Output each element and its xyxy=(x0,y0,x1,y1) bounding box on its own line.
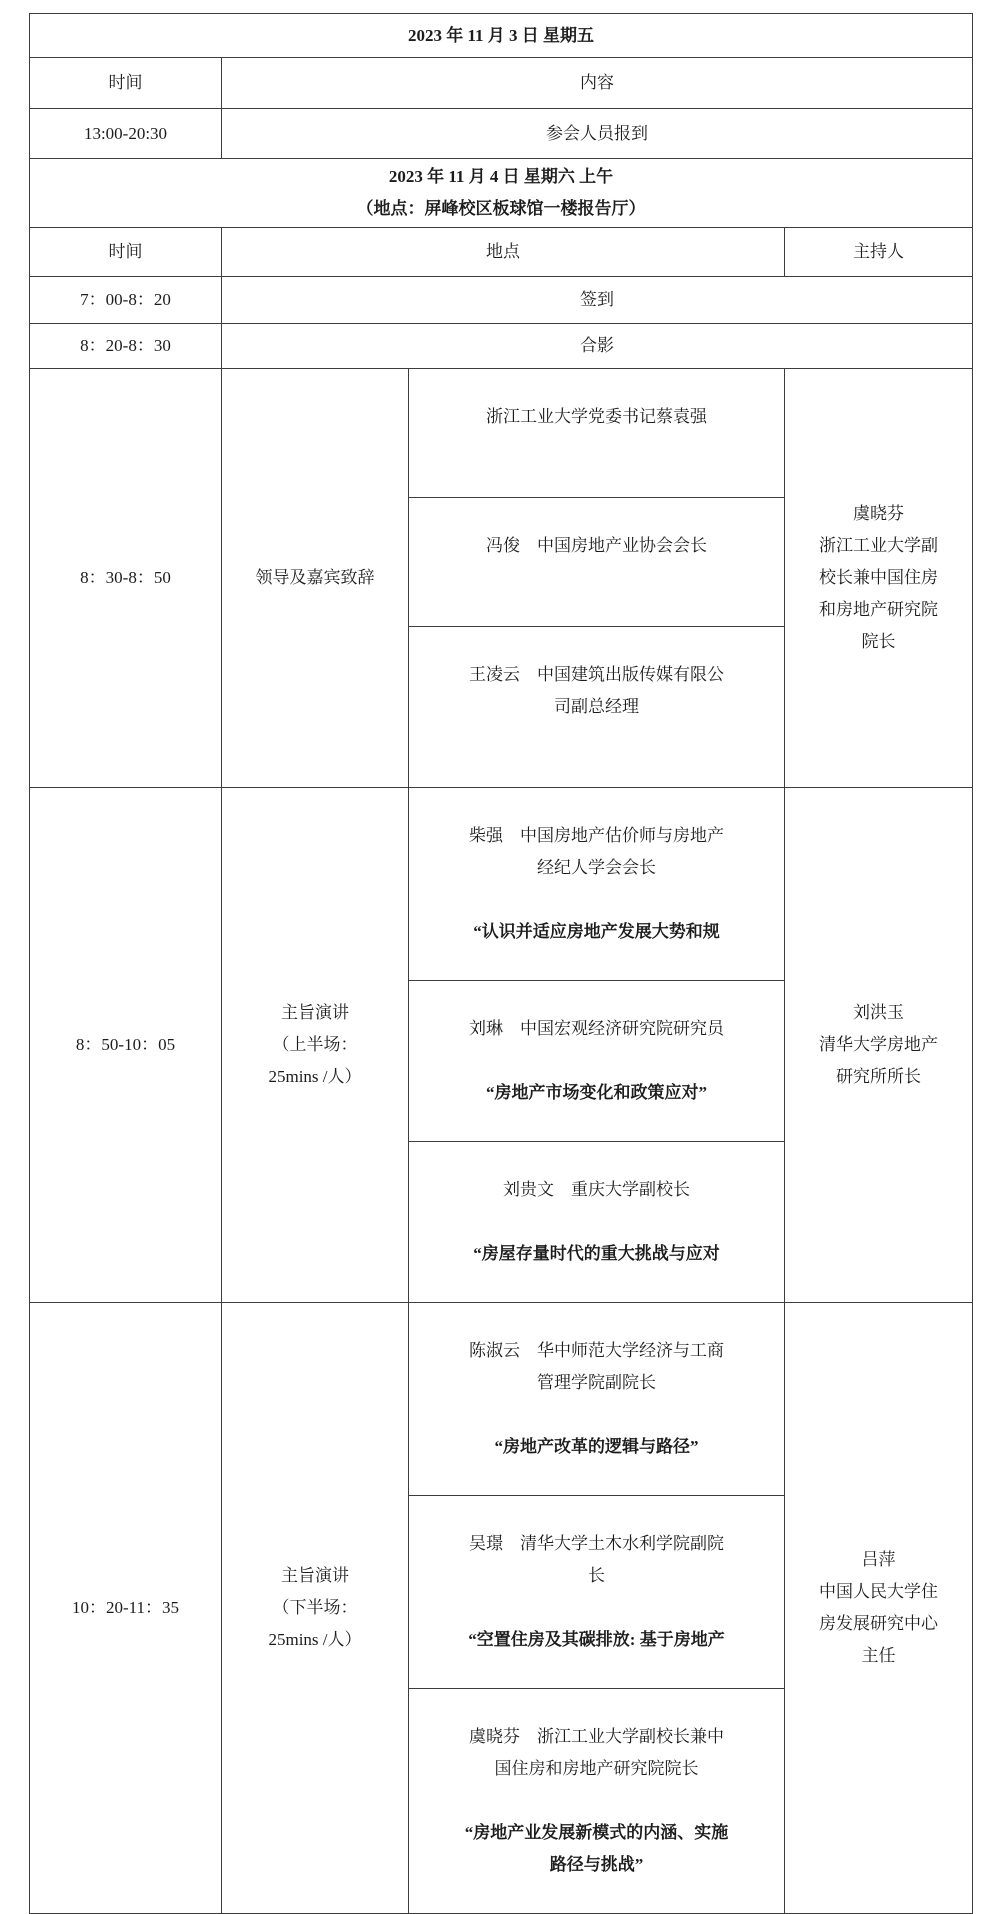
day2-date-line1: 2023 年 11 月 4 日 星期六 上午 xyxy=(389,167,613,186)
session2-speaker1: 柴强 中国房地产估价师与房地产 经纪人学会会长 “认识并适应房地产发展大势和规 xyxy=(409,788,785,981)
session2-moderator: 刘洪玉 清华大学房地产 研究所所长 xyxy=(785,788,973,1303)
day1-header-row: 时间 内容 xyxy=(30,58,973,109)
day1-date-row: 2023 年 11 月 3 日 星期五 xyxy=(30,14,973,58)
speaker-lines: 冯俊 中国房地产业协会会长 xyxy=(411,530,782,562)
photo-time: 8：20-8：30 xyxy=(30,324,222,369)
photo-content: 合影 xyxy=(222,324,973,369)
session3-time: 10：20-11：35 xyxy=(30,1303,222,1914)
speaker-lines: 刘琳 中国宏观经济研究院研究员 xyxy=(411,1013,782,1045)
speaker-lines: 陈淑云 华中师范大学经济与工商 管理学院副院长 xyxy=(411,1335,782,1399)
session2-row1: 8：50-10：05 主旨演讲 （上半场： 25mins /人） 柴强 中国房地… xyxy=(30,788,973,981)
speaker-lines: 吴璟 清华大学土木水利学院副院 长 xyxy=(411,1528,782,1592)
talk-title-lines: “房地产改革的逻辑与路径” xyxy=(411,1431,782,1463)
registration-time: 13:00-20:30 xyxy=(30,109,222,159)
session1-time: 8：30-8：50 xyxy=(30,369,222,788)
row-photo: 8：20-8：30 合影 xyxy=(30,324,973,369)
session3-category: 主旨演讲 （下半场： 25mins /人） xyxy=(222,1303,409,1914)
day2-date-row: 2023 年 11 月 4 日 星期六 上午（地点：屏峰校区板球馆一楼报告厅） xyxy=(30,159,973,228)
speaker-lines: 刘贵文 重庆大学副校长 xyxy=(411,1174,782,1206)
session1-speaker1: 浙江工业大学党委书记蔡袁强 xyxy=(409,369,785,498)
talk-title-lines: “认识并适应房地产发展大势和规 xyxy=(411,916,782,948)
speaker-lines: 浙江工业大学党委书记蔡袁强 xyxy=(411,401,782,433)
talk-title-lines: “空置住房及其碳排放: 基于房地产 xyxy=(411,1624,782,1656)
session3-speaker1: 陈淑云 华中师范大学经济与工商 管理学院副院长 “房地产改革的逻辑与路径” xyxy=(409,1303,785,1496)
day1-header-time: 时间 xyxy=(30,58,222,109)
session1-moderator: 虞晓芬 浙江工业大学副 校长兼中国住房 和房地产研究院 院长 xyxy=(785,369,973,788)
talk-title-lines: “房地产市场变化和政策应对” xyxy=(411,1077,782,1109)
day1-date-title: 2023 年 11 月 3 日 星期五 xyxy=(30,14,973,58)
session1-speaker2: 冯俊 中国房地产业协会会长 xyxy=(409,498,785,627)
signin-content: 签到 xyxy=(222,277,973,324)
session1-row1: 8：30-8：50 领导及嘉宾致辞 浙江工业大学党委书记蔡袁强 虞晓芬 浙江工业… xyxy=(30,369,973,498)
session2-speaker2: 刘琳 中国宏观经济研究院研究员 “房地产市场变化和政策应对” xyxy=(409,981,785,1142)
day2-venue-line: （地点：屏峰校区板球馆一楼报告厅） xyxy=(357,199,646,218)
session1-category: 领导及嘉宾致辞 xyxy=(222,369,409,788)
day1-header-content: 内容 xyxy=(222,58,973,109)
day2-date-title: 2023 年 11 月 4 日 星期六 上午（地点：屏峰校区板球馆一楼报告厅） xyxy=(30,159,973,228)
session3-row1: 10：20-11：35 主旨演讲 （下半场： 25mins /人） 陈淑云 华中… xyxy=(30,1303,973,1496)
speaker-lines: 虞晓芬 浙江工业大学副校长兼中 国住房和房地产研究院院长 xyxy=(411,1721,782,1785)
talk-title-lines: “房屋存量时代的重大挑战与应对 xyxy=(411,1238,782,1270)
row-signin: 7：00-8：20 签到 xyxy=(30,277,973,324)
session2-time: 8：50-10：05 xyxy=(30,788,222,1303)
talk-title-lines: “房地产业发展新模式的内涵、实施 路径与挑战” xyxy=(411,1817,782,1881)
session3-speaker3: 虞晓芬 浙江工业大学副校长兼中 国住房和房地产研究院院长 “房地产业发展新模式的… xyxy=(409,1689,785,1914)
day1-row-registration: 13:00-20:30 参会人员报到 xyxy=(30,109,973,159)
session2-category: 主旨演讲 （上半场： 25mins /人） xyxy=(222,788,409,1303)
schedule-table: 2023 年 11 月 3 日 星期五 时间 内容 13:00-20:30 参会… xyxy=(29,13,973,1914)
session3-speaker2: 吴璟 清华大学土木水利学院副院 长 “空置住房及其碳排放: 基于房地产 xyxy=(409,1496,785,1689)
signin-time: 7：00-8：20 xyxy=(30,277,222,324)
day2-header-moderator: 主持人 xyxy=(785,228,973,277)
day2-header-venue: 地点 xyxy=(222,228,785,277)
page: { "page": { "background": "#ffffff", "te… xyxy=(0,0,999,1415)
day2-header-row: 时间 地点 主持人 xyxy=(30,228,973,277)
speaker-lines: 王凌云 中国建筑出版传媒有限公 司副总经理 xyxy=(411,659,782,723)
speaker-lines: 柴强 中国房地产估价师与房地产 经纪人学会会长 xyxy=(411,820,782,884)
session3-moderator: 吕萍 中国人民大学住 房发展研究中心 主任 xyxy=(785,1303,973,1914)
registration-content: 参会人员报到 xyxy=(222,109,973,159)
day2-header-time: 时间 xyxy=(30,228,222,277)
session2-speaker3: 刘贵文 重庆大学副校长 “房屋存量时代的重大挑战与应对 xyxy=(409,1142,785,1303)
session1-speaker3: 王凌云 中国建筑出版传媒有限公 司副总经理 xyxy=(409,627,785,788)
